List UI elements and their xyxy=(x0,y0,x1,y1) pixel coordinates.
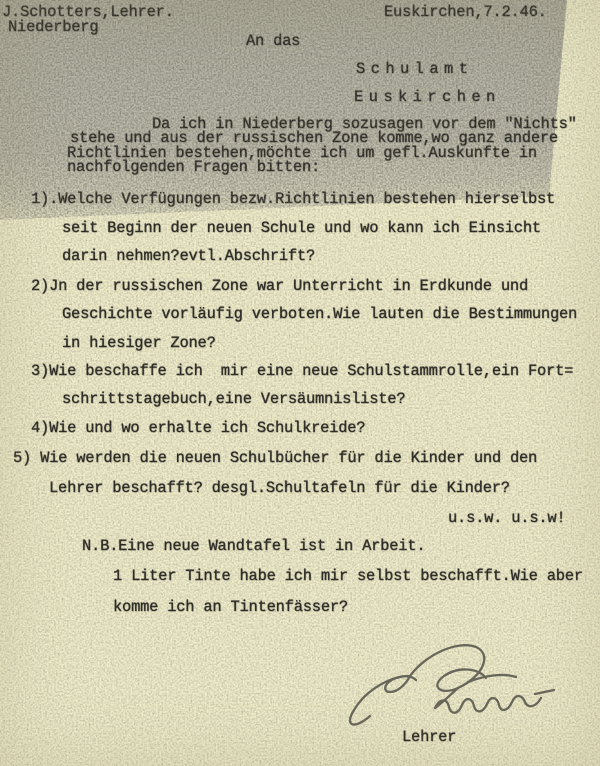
postscript-line: 1 Liter Tinte habe ich mir selbst bescha… xyxy=(113,568,583,584)
recipient-city: E u s k i r c h e n xyxy=(354,89,493,105)
question-1-line: 1).Welche Verfügungen bezw.Richtlinien b… xyxy=(31,191,555,207)
question-2-line: in hiesiger Zone? xyxy=(62,335,216,351)
question-3-line: 3)Wie beschaffe ich mir eine neue Schuls… xyxy=(31,363,573,379)
question-5-line: 5) Wie werden die neuen Schulbücher für … xyxy=(13,450,537,466)
question-2-line: 2)Jn der russischen Zone war Unterricht … xyxy=(31,278,528,294)
signature-graphic xyxy=(298,638,558,733)
question-4-line: 4)Wie und wo erhalte ich Schulkreide? xyxy=(31,420,365,436)
sender-place-line: Niederberg xyxy=(8,19,98,35)
postscript-line: komme ich an Tintenfässer? xyxy=(113,599,348,615)
signature-title: Lehrer xyxy=(402,729,456,745)
etcetera-line: u.s.w. u.s.w! xyxy=(448,510,565,526)
question-1-line: darin nehmen?evtl.Abschrift? xyxy=(62,248,315,264)
question-5-line: Lehrer beschafft? desgl.Schultafeln für … xyxy=(49,480,510,496)
question-1-line: seit Beginn der neuen Schule und wo kann… xyxy=(62,220,541,236)
salutation: An das xyxy=(246,33,300,49)
dateline: Euskirchen,7.2.46. xyxy=(384,4,547,20)
intro-line: nachfolgenden Fragen bitten: xyxy=(67,159,320,175)
question-3-line: schrittstagebuch,eine Versäumnisliste? xyxy=(62,391,405,407)
question-2-line: Geschichte vorläufig verboten.Wie lauten… xyxy=(62,306,577,322)
recipient-office: S c h u l a m t xyxy=(356,61,466,77)
postscript-line: N.B.Eine neue Wandtafel ist in Arbeit. xyxy=(82,538,425,554)
document-page: J.Schotters,Lehrer. Niederberg Euskirche… xyxy=(0,0,600,766)
